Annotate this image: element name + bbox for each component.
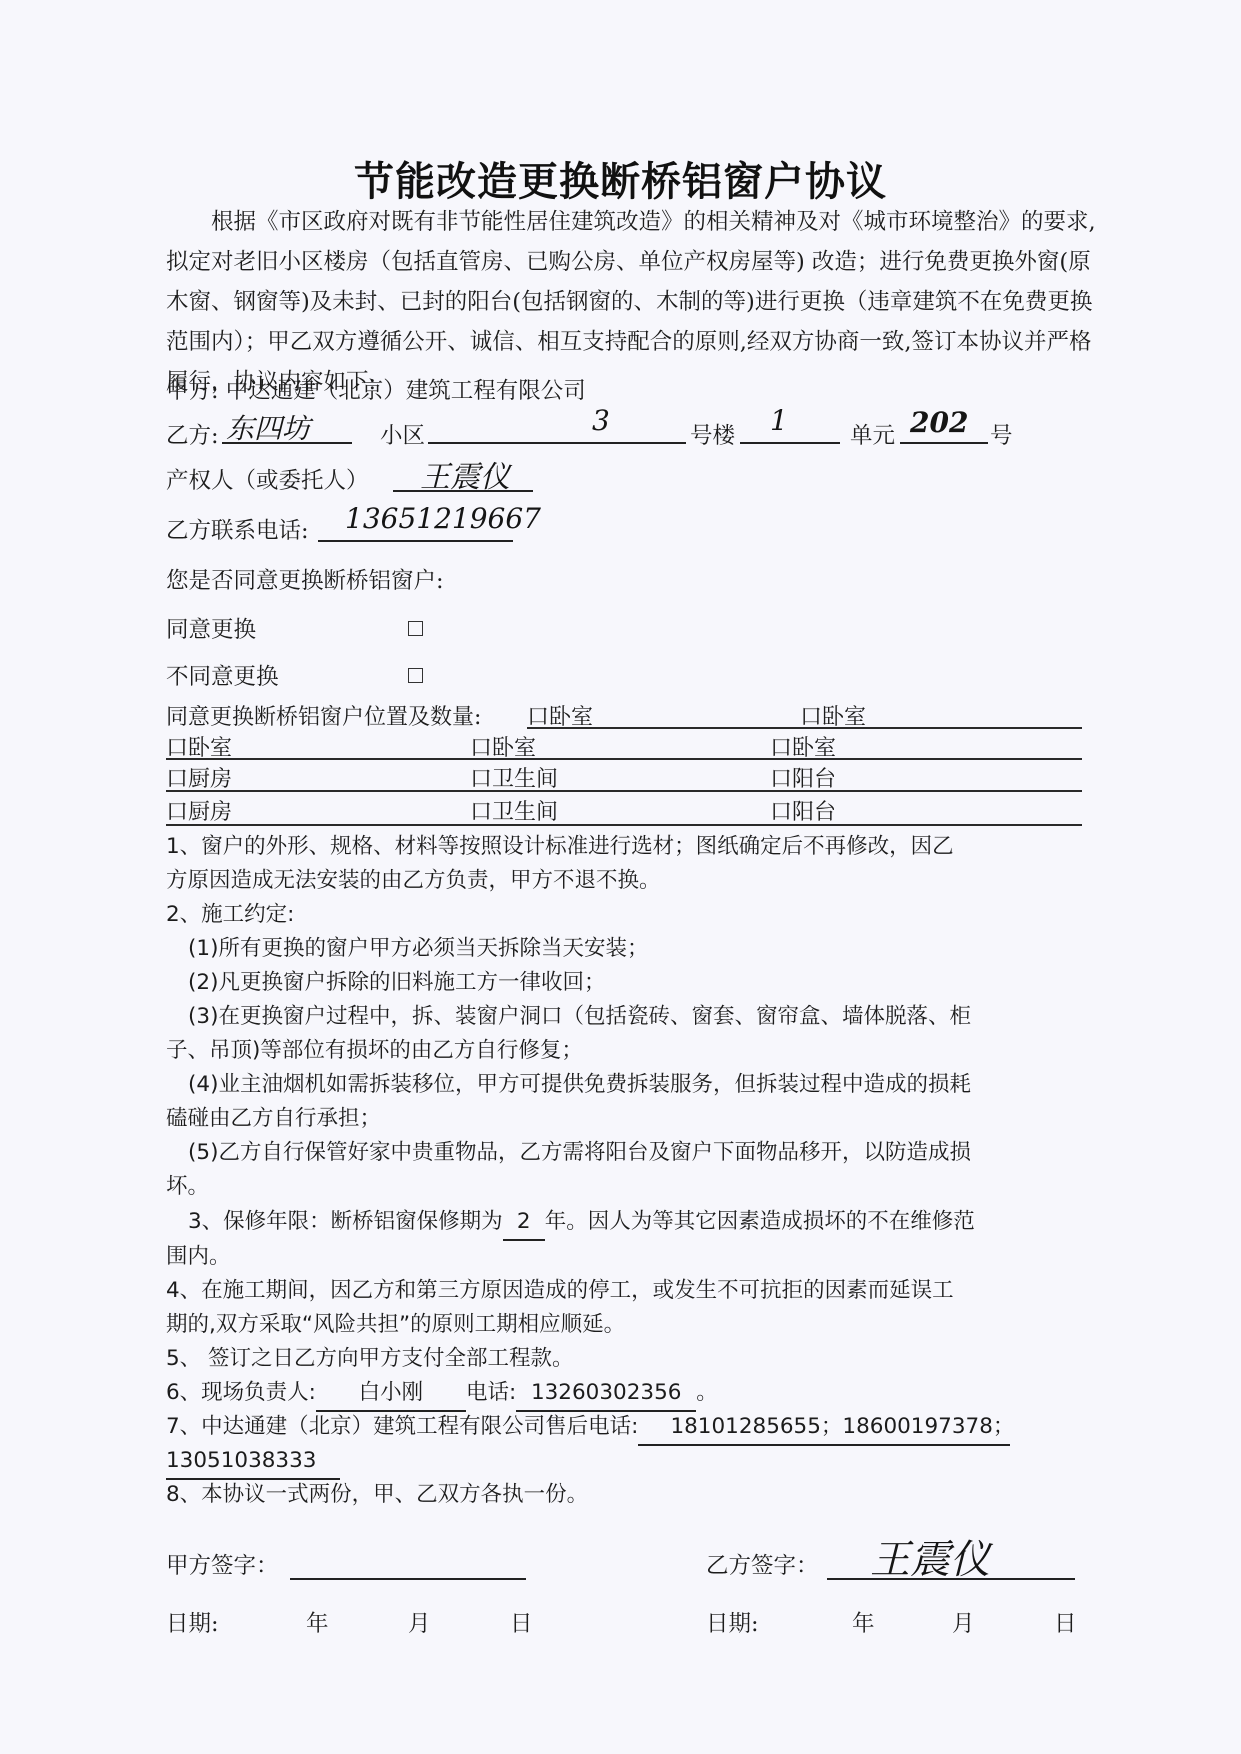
party-a-date-day: 日 (510, 1606, 533, 1638)
unit-suffix: 单元 (850, 418, 895, 450)
after-sales-phones-1: 18101285655；18600197378； (638, 1410, 1010, 1446)
party-a-date-month: 月 (408, 1606, 431, 1638)
site-manager-phone-label: 电话: (466, 1380, 516, 1405)
intro-paragraph: 根据《市区政府对既有非节能性居住建筑改造》的相关精神及对《城市环境整治》的要求,… (166, 202, 1096, 402)
party-a-date-year: 年 (306, 1606, 329, 1638)
term-2-1: (1)所有更换的窗户甲方必须当天拆除当天安装； (188, 932, 648, 966)
term-6: 6、现场负责人:白小刚电话:13260302356。 (166, 1376, 718, 1412)
site-manager-label: 6、现场负责人: (166, 1380, 316, 1405)
party-b-date-year: 年 (852, 1606, 875, 1638)
term-5: 5、 签订之日乙方向甲方支付全部工程款。 (166, 1342, 574, 1376)
community-suffix: 小区 (380, 418, 425, 450)
term-2-4-line-1: (4)业主油烟机如需拆装移位，甲方可提供免费拆装服务，但拆装过程中造成的损耗 (188, 1068, 971, 1102)
term-8: 8、本协议一式两份，甲、乙双方各执一份。 (166, 1478, 588, 1512)
owner-label: 产权人（或委托人） (166, 463, 369, 495)
unit-field[interactable]: 1 (770, 404, 788, 437)
party-b-signature-label: 乙方签字： (706, 1548, 819, 1580)
party-a-signature-label: 甲方签字： (166, 1548, 279, 1580)
after-sales-label: 7、中达通建（北京）建筑工程有限公司售后电话: (166, 1414, 638, 1439)
term-3-suffix: 年。因人为等其它因素造成损坏的不在维修范 (545, 1209, 975, 1234)
term-3-line-2: 围内。 (166, 1240, 231, 1274)
term-1-line-2: 方原因造成无法安装的由乙方负责，甲方不退不换。 (166, 864, 661, 898)
term-2-2: (2)凡更换窗户拆除的旧料施工方一律收回； (188, 966, 605, 1000)
phone-field[interactable]: 13651219667 (345, 502, 541, 535)
party-b-label: 乙方: (166, 418, 219, 450)
room-underline (900, 442, 988, 444)
after-sales-phones-2: 13051038333 (166, 1444, 340, 1480)
party-a-name: 中达通建（北京）建筑工程有限公司 (226, 378, 586, 404)
agree-checkbox[interactable] (408, 621, 423, 636)
building-underline (428, 442, 686, 444)
term-3-line-1: 3、保修年限：断桥铝窗保修期为2年。因人为等其它因素造成损坏的不在维修范 (188, 1205, 975, 1241)
building-field[interactable]: 3 (592, 404, 610, 437)
agree-label: 同意更换 (166, 612, 256, 644)
disagree-label: 不同意更换 (166, 659, 279, 691)
locations-label: 同意更换断桥铝窗户位置及数量: (166, 700, 481, 731)
location-option[interactable]: 口厨房 (166, 762, 232, 793)
phone-underline (318, 540, 513, 542)
term-4-line-1: 4、在施工期间，因乙方和第三方原因造成的停工，或发生不可抗拒的因素而延误工 (166, 1274, 954, 1308)
community-field[interactable]: 东四坊 (226, 407, 310, 447)
party-b-date-label: 日期: (706, 1606, 759, 1638)
consent-question: 您是否同意更换断桥铝窗户: (166, 563, 444, 595)
term-2-3-line-1: (3)在更换窗户过程中，拆、装窗户洞口（包括瓷砖、窗套、窗帘盒、墙体脱落、柜 (188, 1000, 971, 1034)
party-b-date-day: 日 (1054, 1606, 1077, 1638)
party-a-date-label: 日期: (166, 1606, 219, 1638)
location-option[interactable]: 口阳台 (770, 762, 836, 793)
term-1-line-1: 1、窗户的外形、规格、材料等按照设计标准进行选材；图纸确定后不再修改，因乙 (166, 830, 954, 864)
term-2-3-line-2: 子、吊顶)等部位有损坏的由乙方自行修复； (166, 1034, 583, 1068)
term-2-4-line-2: 磕碰由乙方自行承担； (166, 1102, 381, 1136)
unit-underline (740, 442, 840, 444)
room-suffix: 号 (990, 418, 1013, 450)
contract-page: 节能改造更换断桥铝窗户协议 根据《市区政府对既有非节能性居住建筑改造》的相关精神… (0, 0, 1241, 1754)
term-2-5-line-1: (5)乙方自行保管好家中贵重物品，乙方需将阳台及窗户下面物品移开，以防造成损 (188, 1136, 971, 1170)
location-option[interactable]: 口卫生间 (470, 795, 558, 826)
disagree-checkbox[interactable] (408, 668, 423, 683)
location-rule (527, 727, 1082, 729)
site-manager-phone: 13260302356 (516, 1376, 696, 1412)
term-7-line-1: 7、中达通建（北京）建筑工程有限公司售后电话:18101285655；18600… (166, 1410, 1010, 1446)
term-3-prefix: 3、保修年限：断桥铝窗保修期为 (188, 1209, 503, 1234)
term-4-line-2: 期的,双方采取“风险共担”的原则工期相应顺延。 (166, 1308, 625, 1342)
party-a-label: 甲方: (166, 378, 219, 404)
location-option[interactable]: 口阳台 (770, 795, 836, 826)
warranty-years-field[interactable]: 2 (503, 1205, 545, 1241)
location-option[interactable]: 口卫生间 (470, 762, 558, 793)
phone-label: 乙方联系电话: (166, 513, 309, 545)
party-b-date-month: 月 (952, 1606, 975, 1638)
party-b-signature-value: 王震仪 (870, 1528, 990, 1585)
building-suffix: 号楼 (690, 418, 735, 450)
document-title: 节能改造更换断桥铝窗户协议 (0, 150, 1241, 207)
term-6-end: 。 (696, 1380, 718, 1405)
party-a-signature-field[interactable] (290, 1578, 526, 1580)
location-rule (166, 758, 1082, 760)
location-rule (166, 790, 1082, 792)
location-option[interactable]: 口厨房 (166, 795, 232, 826)
party-a-row: 甲方: 中达通建（北京）建筑工程有限公司 (166, 373, 586, 405)
term-2: 2、施工约定: (166, 898, 294, 932)
term-7-line-2: 13051038333 (166, 1444, 340, 1480)
room-field[interactable]: 202 (910, 406, 968, 439)
term-2-5-line-2: 坏。 (166, 1170, 209, 1204)
location-rule (166, 824, 1082, 826)
site-manager-name: 白小刚 (316, 1376, 466, 1412)
owner-field[interactable]: 王震仪 (420, 452, 510, 496)
